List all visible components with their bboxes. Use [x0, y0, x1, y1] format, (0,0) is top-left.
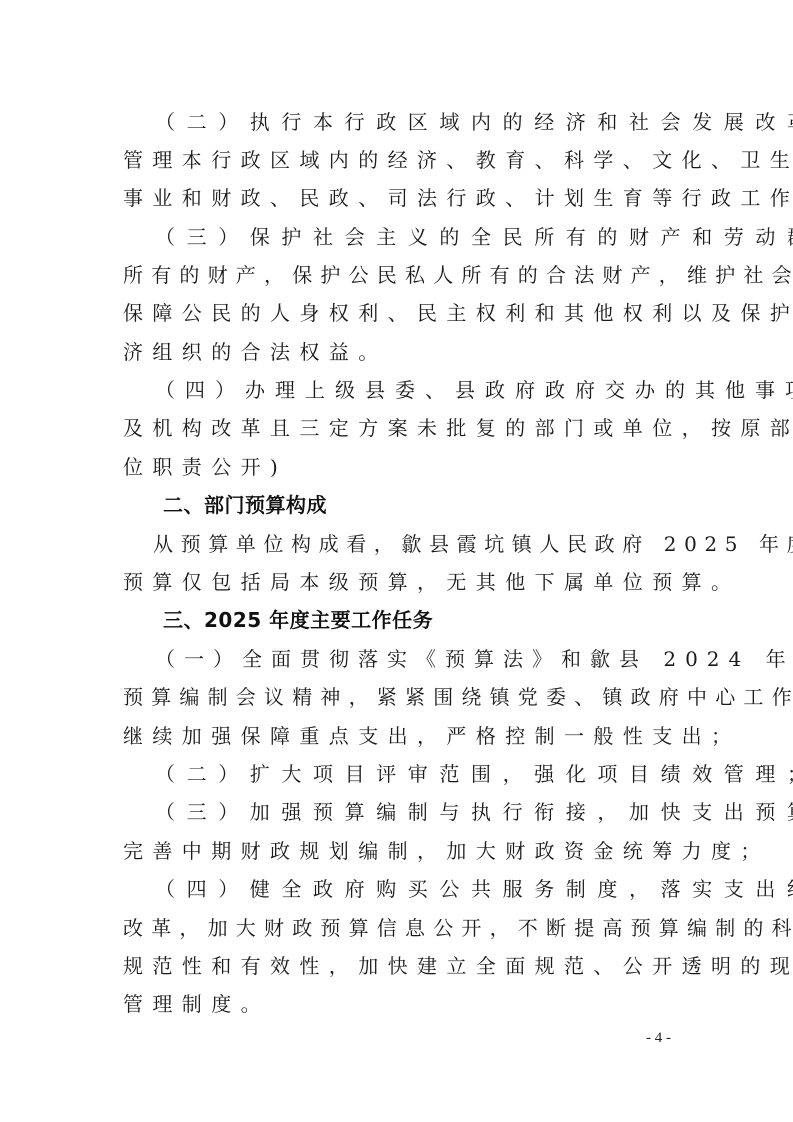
- paragraph-line: 位职责公开): [123, 448, 683, 486]
- paragraph-line: （一）全面贯彻落实《预算法》和歙县 2024 年度财政: [155, 640, 715, 678]
- document-page: （二）执行本行政区域内的经济和社会发展改革、预算， 管理本行政区域内的经济、教育…: [0, 0, 793, 1122]
- paragraph-line: 保障公民的人身权利、民主权利和其他权利以及保护各种经: [123, 294, 683, 332]
- paragraph-line: 管理本行政区域内的经济、教育、科学、文化、卫生、体育: [123, 141, 683, 179]
- paragraph-line: （二）扩大项目评审范围，强化项目绩效管理；: [155, 755, 715, 793]
- section-heading: 二、部门预算构成: [163, 486, 327, 524]
- paragraph-line: （四）办理上级县委、县政府政府交办的其他事项。(涉: [155, 371, 715, 409]
- paragraph-line: 济组织的合法权益。: [123, 333, 683, 371]
- paragraph-line: 预算仅包括局本级预算，无其他下属单位预算。: [123, 563, 683, 601]
- paragraph-line: 管理制度。: [123, 985, 683, 1023]
- page-number: - 4 -: [646, 1030, 671, 1047]
- paragraph-line: 所有的财产，保护公民私人所有的合法财产，维护社会秩序，: [123, 256, 683, 294]
- paragraph-line: 事业和财政、民政、司法行政、计划生育等行政工作。: [123, 179, 683, 217]
- paragraph-line: 预算编制会议精神，紧紧围绕镇党委、镇政府中心工作目标，: [123, 678, 683, 716]
- paragraph-line: （二）执行本行政区域内的经济和社会发展改革、预算，: [155, 103, 715, 141]
- paragraph-line: 继续加强保障重点支出，严格控制一般性支出；: [123, 717, 683, 755]
- section-heading: 三、2025 年度主要工作任务: [163, 601, 433, 639]
- paragraph-line: （四）健全政府购买公共服务制度，落实支出经济分类: [155, 870, 715, 908]
- paragraph-line: 及机构改革且三定方案未批复的部门或单位，按原部门或单: [123, 409, 683, 447]
- paragraph-line: 改革，加大财政预算信息公开，不断提高预算编制的科学性、: [123, 909, 683, 947]
- paragraph-line: 从预算单位构成看，歙县霞坑镇人民政府 2025 年度部门: [153, 525, 713, 563]
- paragraph-line: 规范性和有效性，加快建立全面规范、公开透明的现代预算: [123, 947, 683, 985]
- paragraph-line: （三）加强预算编制与执行衔接，加快支出预算执行；: [155, 793, 715, 831]
- paragraph-line: 完善中期财政规划编制，加大财政资金统筹力度；: [123, 832, 683, 870]
- paragraph-line: （三）保护社会主义的全民所有的财产和劳动群众集体: [155, 218, 715, 256]
